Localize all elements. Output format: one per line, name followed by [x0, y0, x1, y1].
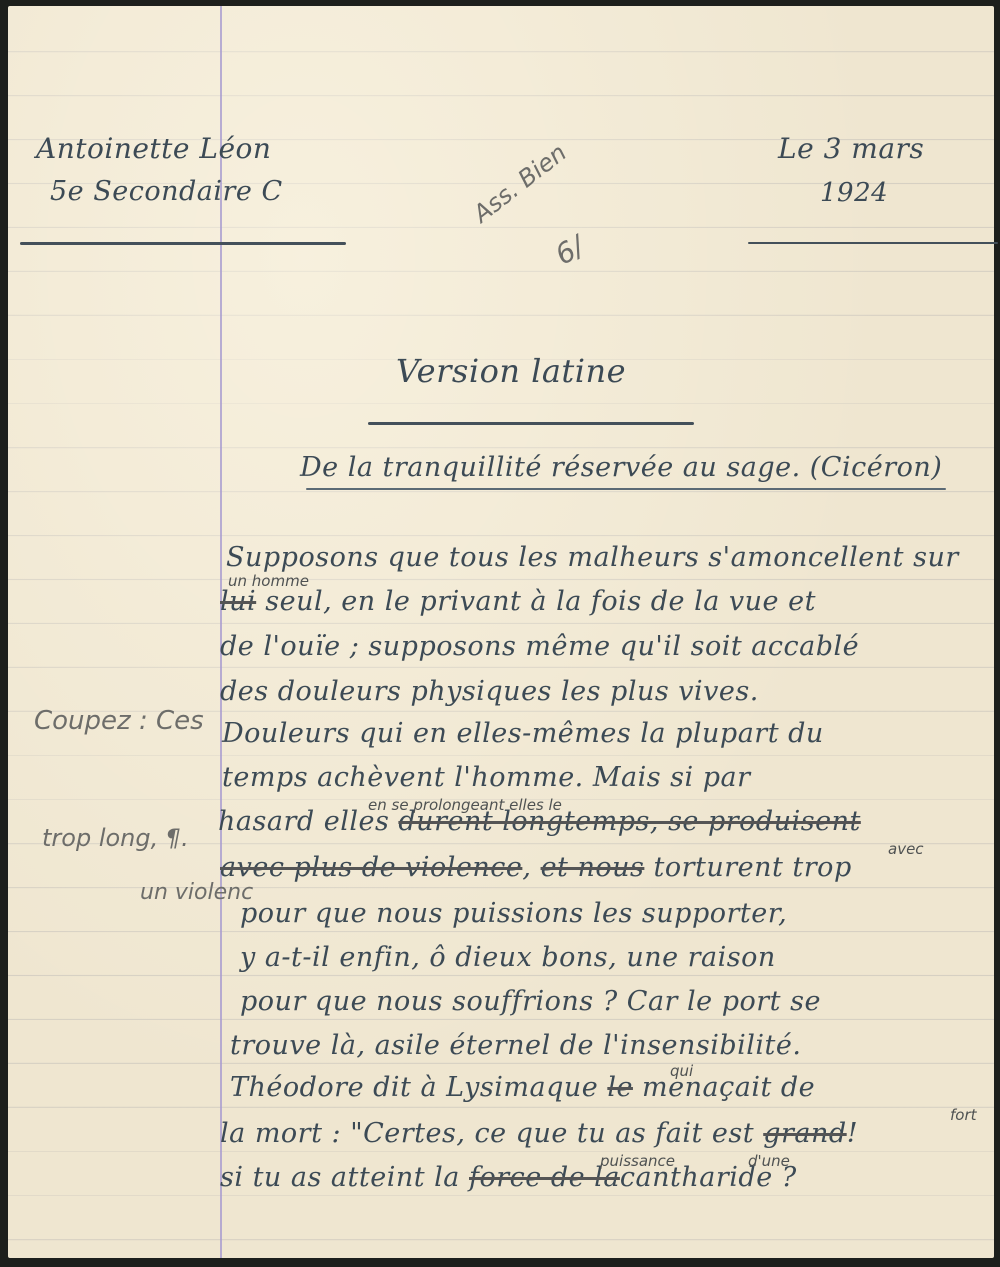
page-title: Version latine — [396, 352, 626, 390]
student-class: 5e Secondaire C — [50, 176, 283, 207]
insertion-avec: avec — [888, 840, 924, 858]
insertion-puissance: puissance — [600, 1152, 675, 1170]
text-line-15: si tu as atteint la force de lacantharid… — [220, 1162, 797, 1193]
text-line-9: pour que nous puissions les supporter, — [240, 898, 787, 929]
date-line-1: Le 3 mars — [778, 132, 924, 165]
text-line-5: Douleurs qui en elles-mêmes la plupart d… — [222, 718, 824, 749]
struck-word: grand — [763, 1118, 846, 1149]
margin-note-3: un violenc — [140, 880, 253, 905]
line-text: menaçait de — [642, 1072, 815, 1103]
line-text: Théodore dit à Lysimaque — [230, 1072, 598, 1103]
insertion-fort: fort — [950, 1106, 977, 1124]
text-line-8: avec plus de violence, et nous torturent… — [220, 852, 852, 883]
header-rule-left — [20, 242, 346, 245]
insertion-line-7: en se prolongeant elles le — [368, 796, 562, 814]
margin-note-1: Coupez : Ces — [34, 706, 204, 736]
text-line-1: Supposons que tous les malheurs s'amonce… — [226, 542, 959, 573]
struck-word: le — [607, 1072, 633, 1103]
grade-comment: Ass. Bien — [468, 138, 572, 228]
struck-phrase: et nous — [541, 852, 645, 883]
line-text: torturent trop — [653, 852, 851, 883]
student-name: Antoinette Léon — [36, 132, 271, 165]
text-line-10: y a-t-il enfin, ô dieux bons, une raison — [240, 942, 776, 973]
margin-note-2: trop long, ¶. — [42, 824, 189, 852]
text-line-12: trouve là, asile éternel de l'insensibil… — [230, 1030, 801, 1061]
insertion-d-une: d'une — [748, 1152, 790, 1170]
line-text: seul, en le privant à la fois de la vue … — [265, 586, 816, 617]
text-line-4: des douleurs physiques les plus vives. — [220, 676, 759, 707]
line-text: hasard elles — [218, 806, 389, 837]
struck-word: lui — [220, 586, 256, 617]
header-rule-right — [748, 242, 998, 244]
grade-score: 6/ — [550, 229, 590, 271]
insertion-un-homme: un homme — [228, 572, 309, 590]
line-text: si tu as atteint la — [220, 1162, 460, 1193]
text-line-2: lui seul, en le privant à la fois de la … — [220, 586, 816, 617]
struck-phrase: force de la — [469, 1162, 620, 1193]
text-line-13: Théodore dit à Lysimaque le menaçait de — [230, 1072, 815, 1103]
subtitle: De la tranquillité réservée au sage. (Ci… — [300, 452, 942, 483]
title-rule — [368, 422, 694, 425]
date-line-2: 1924 — [820, 178, 888, 208]
subtitle-underline — [306, 488, 946, 490]
line-text: la mort : "Certes, ce que tu as fait est — [220, 1118, 754, 1149]
text-line-14: la mort : "Certes, ce que tu as fait est… — [220, 1118, 858, 1149]
text-line-3: de l'ouïe ; supposons même qu'il soit ac… — [220, 631, 859, 662]
insertion-qui: qui — [670, 1062, 693, 1080]
paper-sheet: Antoinette Léon 5e Secondaire C Le 3 mar… — [8, 6, 994, 1258]
text-line-11: pour que nous souffrions ? Car le port s… — [240, 986, 821, 1017]
struck-phrase: avec plus de violence — [220, 852, 522, 883]
text-line-6: temps achèvent l'homme. Mais si par — [222, 762, 751, 793]
